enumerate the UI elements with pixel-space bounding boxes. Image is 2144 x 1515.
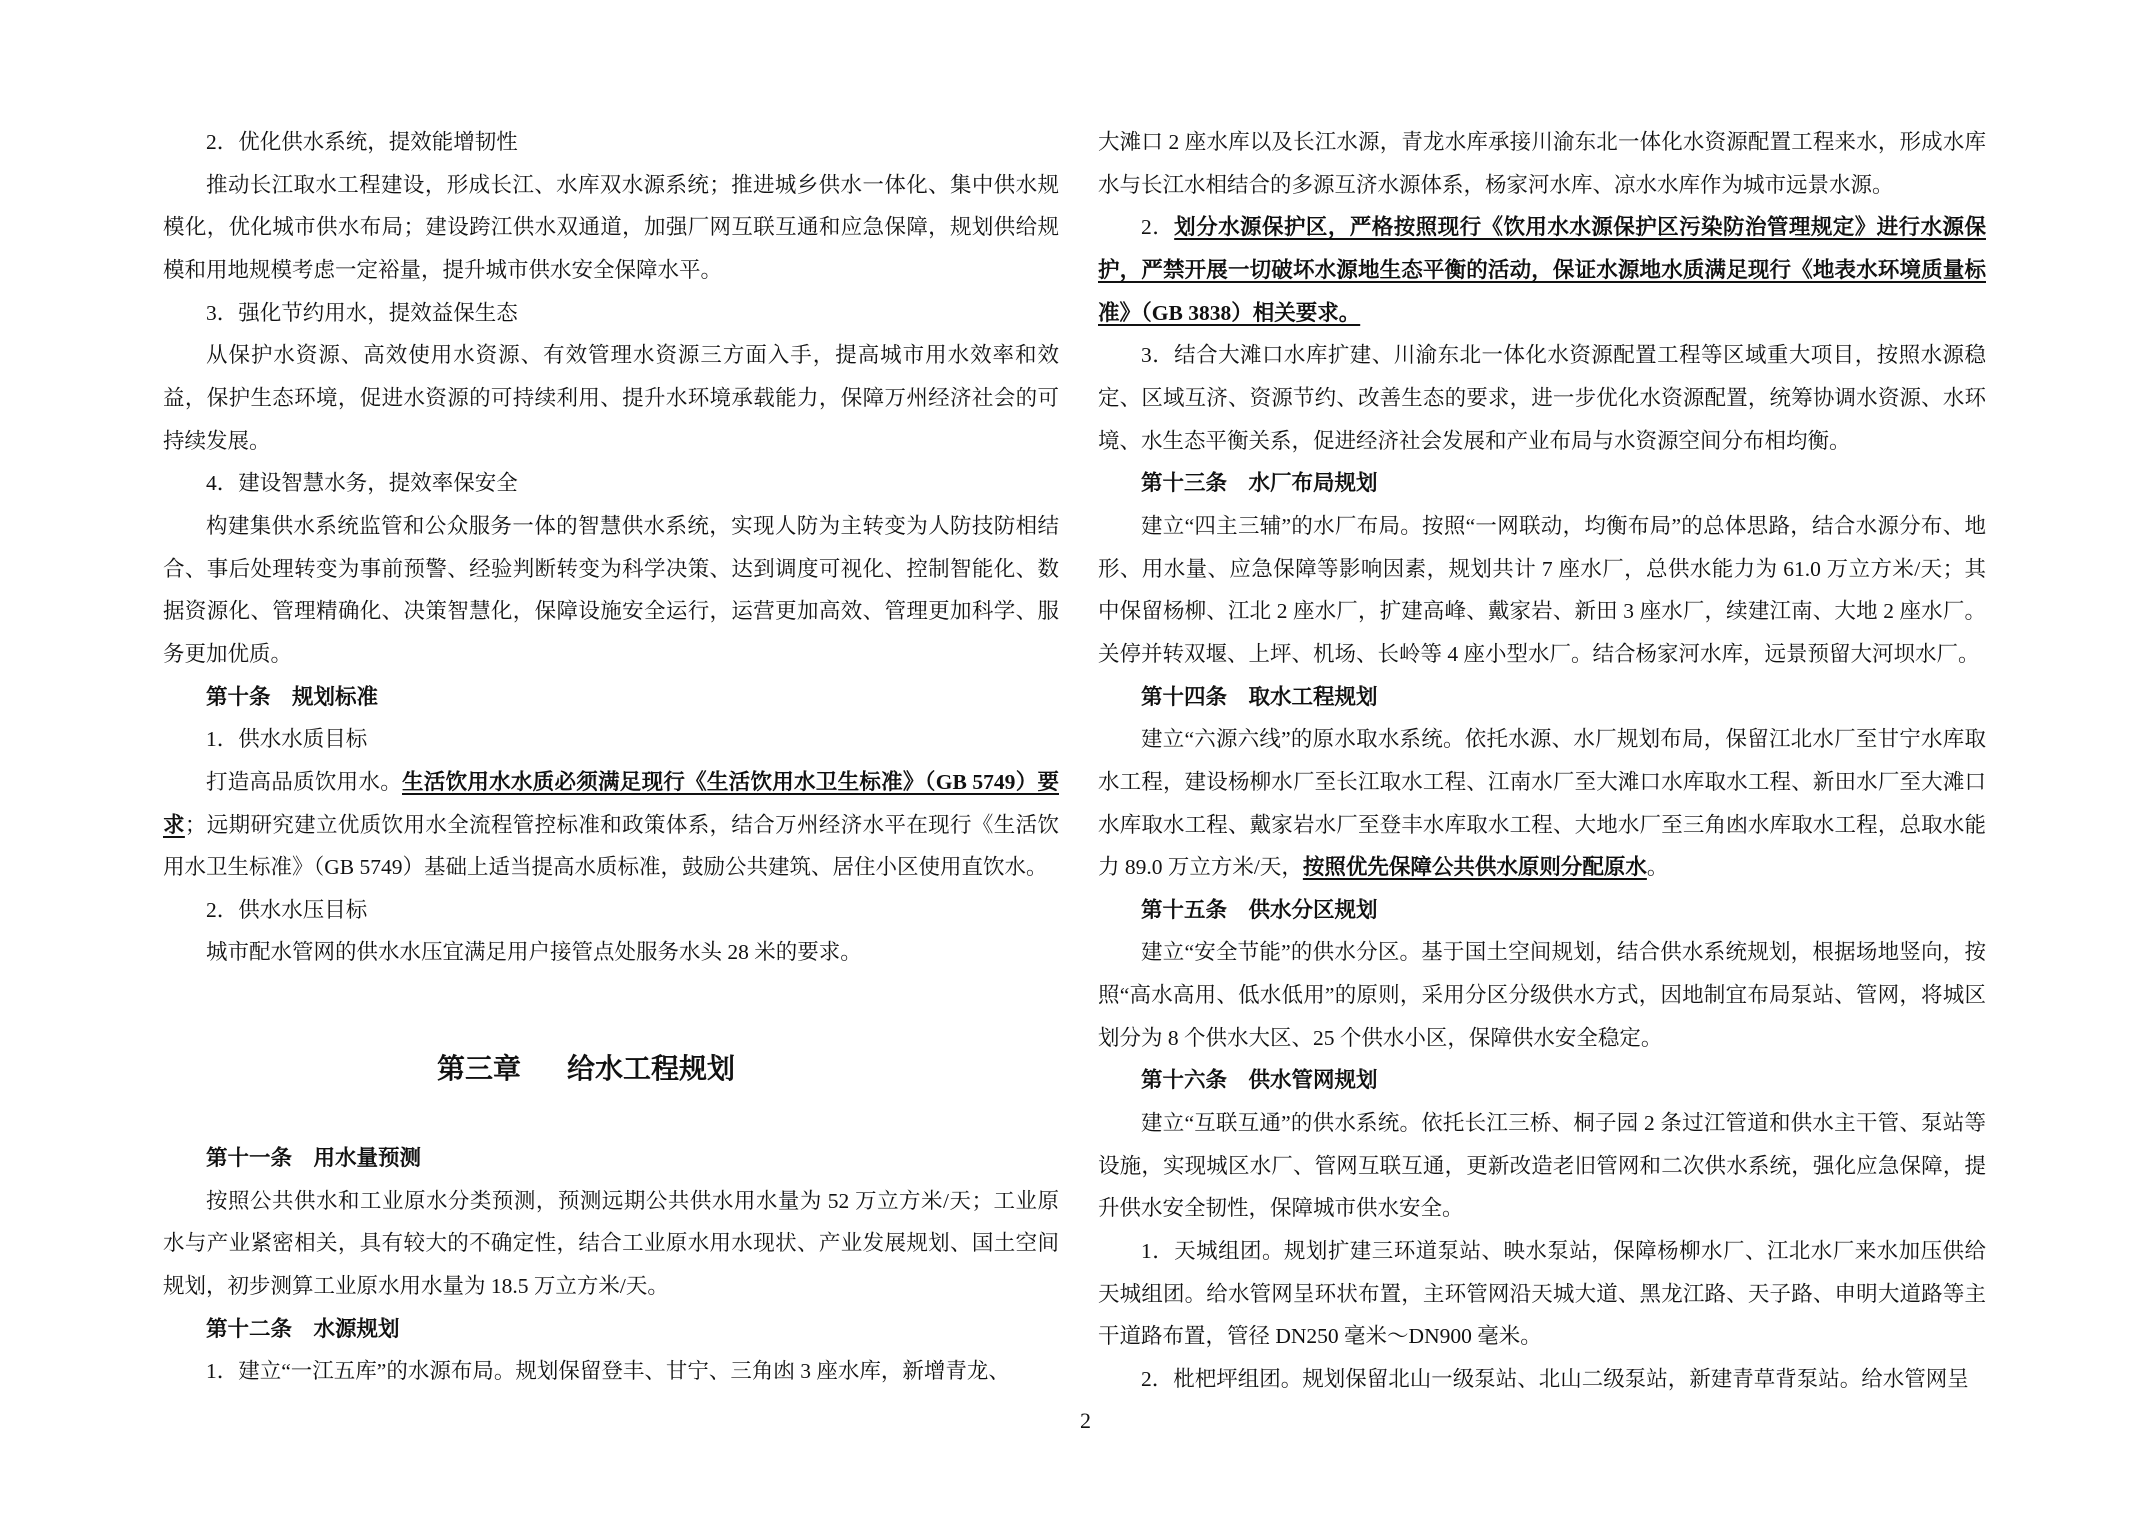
subheading-water-saving: 3．强化节约用水，提效益保生态: [163, 292, 1059, 335]
page-number: 2: [1080, 1408, 1091, 1434]
article-13-heading: 第十三条 水厂布局规划: [1098, 462, 1986, 505]
paragraph-optimize-supply: 推动长江取水工程建设，形成长江、水库双水源系统；推进城乡供水一体化、集中供水规模…: [163, 164, 1059, 292]
article-12-heading: 第十二条 水源规划: [163, 1308, 1059, 1351]
protection-zone-number: 2．: [1141, 215, 1174, 239]
paragraph-water-quality: 打造高品质饮用水。生活饮用水水质必须满足现行《生活饮用水卫生标准》（GB 574…: [163, 761, 1059, 889]
chapter-heading: 第三章给水工程规划: [163, 1050, 1059, 1090]
paragraph-source-continuation: 大滩口 2 座水库以及长江水源，青龙水库承接川渝东北一体化水资源配置工程来水，形…: [1098, 121, 1986, 206]
intake-works-end: 。: [1647, 855, 1669, 879]
water-quality-details: ；远期研究建立优质饮用水全流程管控标准和政策体系，结合万州经济水平在现行《生活饮…: [163, 813, 1059, 880]
paragraph-protection-zone: 2．划分水源保护区，严格按照现行《饮用水水源保护区污染防治管理规定》进行水源保护…: [1098, 206, 1986, 334]
paragraph-smart-water: 构建集供水系统监管和公众服务一体的智慧供水系统，实现人防为主转变为人防技防相结合…: [163, 505, 1059, 676]
paragraph-plant-layout: 建立“四主三辅”的水厂布局。按照“一网联动，均衡布局”的总体思路，结合水源分布、…: [1098, 505, 1986, 676]
intake-works-priority: 按照优先保障公共供水原则分配原水: [1303, 855, 1647, 879]
paragraph-supply-zones: 建立“安全节能”的供水分区。基于国土空间规划，结合供水系统规划，根据场地竖向，按…: [1098, 931, 1986, 1059]
paragraph-intake-works: 建立“六源六线”的原水取水系统。依托水源、水厂规划布局，保留江北水厂至甘宁水库取…: [1098, 718, 1986, 889]
left-column: 2．优化供水系统，提效能增韧性 推动长江取水工程建设，形成长江、水库双水源系统；…: [163, 121, 1059, 974]
paragraph-water-source-layout: 1．建立“一江五库”的水源布局。规划保留登丰、甘宁、三角凼 3 座水库，新增青龙…: [163, 1350, 1059, 1393]
subheading-water-quality: 1．供水水质目标: [163, 718, 1059, 761]
protection-zone-requirement: 划分水源保护区，严格按照现行《饮用水水源保护区污染防治管理规定》进行水源保护，严…: [1098, 215, 1986, 324]
paragraph-pipe-network: 建立“互联互通”的供水系统。依托长江三桥、桐子园 2 条过江管道和供水主干管、泵…: [1098, 1102, 1986, 1230]
paragraph-pipaping-cluster: 2．枇杷坪组团。规划保留北山一级泵站、北山二级泵站，新建青草背泵站。给水管网呈: [1098, 1358, 1986, 1401]
article-16-heading: 第十六条 供水管网规划: [1098, 1059, 1986, 1102]
water-quality-intro: 打造高品质饮用水。: [206, 770, 402, 794]
subheading-smart-water: 4．建设智慧水务，提效率保安全: [163, 462, 1059, 505]
subheading-water-pressure: 2．供水水压目标: [163, 889, 1059, 932]
article-10-heading: 第十条 规划标准: [163, 676, 1059, 719]
paragraph-tiancheng-cluster: 1．天城组团。规划扩建三环道泵站、映水泵站，保障杨柳水厂、江北水厂来水加压供给天…: [1098, 1230, 1986, 1358]
paragraph-water-pressure: 城市配水管网的供水水压宜满足用户接管点处服务水头 28 米的要求。: [163, 931, 1059, 974]
chapter-number: 第三章: [437, 1054, 521, 1085]
left-column-lower: 第十一条 用水量预测 按照公共供水和工业原水分类预测，预测远期公共供水用水量为 …: [163, 1137, 1059, 1393]
right-column: 大滩口 2 座水库以及长江水源，青龙水库承接川渝东北一体化水资源配置工程来水，形…: [1098, 121, 1986, 1401]
chapter-title: 给水工程规划: [567, 1054, 735, 1085]
article-14-heading: 第十四条 取水工程规划: [1098, 676, 1986, 719]
article-15-heading: 第十五条 供水分区规划: [1098, 889, 1986, 932]
article-11-heading: 第十一条 用水量预测: [163, 1137, 1059, 1180]
paragraph-resource-allocation: 3．结合大滩口水库扩建、川渝东北一体化水资源配置工程等区域重大项目，按照水源稳定…: [1098, 334, 1986, 462]
paragraph-water-saving: 从保护水资源、高效使用水资源、有效管理水资源三方面入手，提高城市用水效率和效益，…: [163, 334, 1059, 462]
paragraph-water-demand: 按照公共供水和工业原水分类预测，预测远期公共供水用水量为 52 万立方米/天；工…: [163, 1180, 1059, 1308]
subheading-optimize-supply: 2．优化供水系统，提效能增韧性: [163, 121, 1059, 164]
